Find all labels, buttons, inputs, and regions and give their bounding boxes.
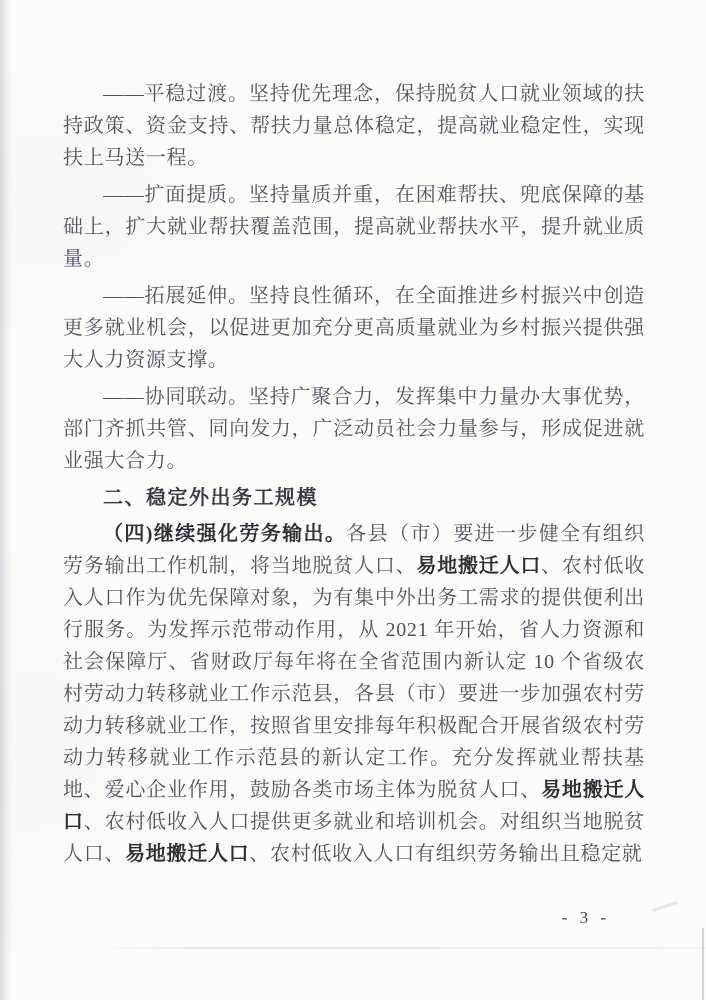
document-body: ——平稳过渡。坚持优先理念，保持脱贫人口就业领域的扶持政策、资金支持、帮扶力量总… <box>63 78 645 875</box>
text-run: ——平稳过渡。坚持优先理念，保持脱贫人口就业领域的扶持政策、资金支持、帮扶力量总… <box>63 83 645 169</box>
text-run: ——拓展延伸。坚持良性循环，在全面推进乡村振兴中创造更多就业机会，以促进更加充分… <box>63 285 645 371</box>
text-run: 、农村低收入人口有组织劳务输出且稳定就 <box>249 843 642 865</box>
text-run: ——扩面提质。坚持量质并重，在困难帮扶、兜底保障的基础上，扩大就业帮扶覆盖范围，… <box>63 184 645 270</box>
scan-edge-shadow <box>0 0 14 1000</box>
heading-section-two: 二、稳定外出务工规模 <box>63 482 645 514</box>
scan-artifact-right-edge <box>702 928 704 1000</box>
para-expand-improve-quality: ——扩面提质。坚持量质并重，在困难帮扶、兜底保障的基础上，扩大就业帮扶覆盖范围，… <box>63 179 645 275</box>
text-run: 、农村低收入人口作为优先保障对象，为有集中外出务工需求的提供便利出行服务。为发挥… <box>63 555 645 801</box>
para-smooth-transition: ——平稳过渡。坚持优先理念，保持脱贫人口就业领域的扶持政策、资金支持、帮扶力量总… <box>63 78 645 174</box>
para-expand-extend: ——拓展延伸。坚持良性循环，在全面推进乡村振兴中创造更多就业机会，以促进更加充分… <box>63 280 645 376</box>
page-number: - 3 - <box>562 908 610 928</box>
bold-run: （四)继续强化劳务输出。 <box>103 523 346 545</box>
scanned-document-page: ——平稳过渡。坚持优先理念，保持脱贫人口就业领域的扶持政策、资金支持、帮扶力量总… <box>0 0 706 1000</box>
bold-run: 易地搬迁人口 <box>125 843 249 865</box>
text-run: ——协同联动。坚持广聚合力，发挥集中力量办大事优势，部门齐抓共管、同向发力，广泛… <box>63 386 645 472</box>
para-labor-export: （四)继续强化劳务输出。各县（市）要进一步健全有组织劳务输出工作机制，将当地脱贫… <box>63 518 645 870</box>
scan-artifact-corner-mark <box>652 901 678 912</box>
scan-artifact-horizontal-line <box>100 947 706 949</box>
para-coordinated-linkage: ——协同联动。坚持广聚合力，发挥集中力量办大事优势，部门齐抓共管、同向发力，广泛… <box>63 381 645 477</box>
bold-run: 二、稳定外出务工规模 <box>103 487 318 509</box>
bold-run: 易地搬迁人口 <box>416 555 541 577</box>
